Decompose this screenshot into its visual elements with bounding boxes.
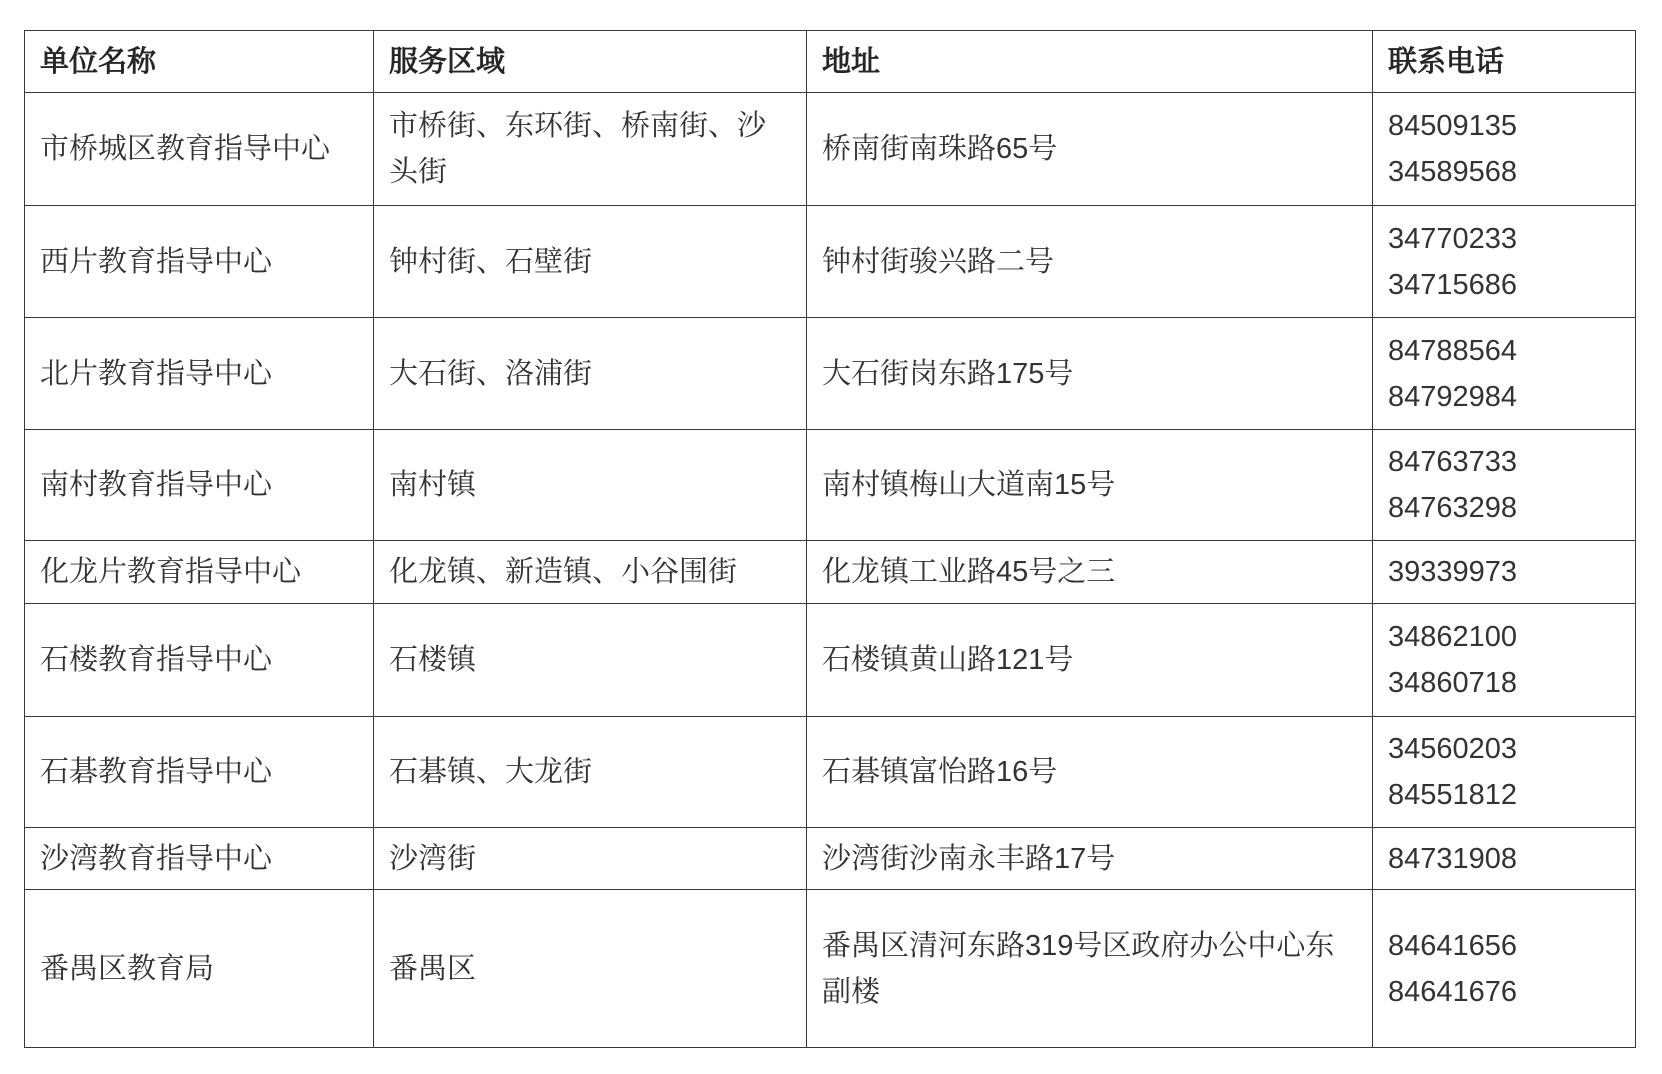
table-body: 市桥城区教育指导中心 市桥街、东环街、桥南街、沙头街 桥南街南珠路65号 845…: [25, 93, 1636, 1048]
service-area-cell: 市桥街、东环街、桥南街、沙头街: [374, 93, 807, 206]
page-body: 单位名称 服务区域 地址 联系电话 市桥城区教育指导中心 市桥街、东环街、桥南街…: [0, 0, 1662, 1074]
address-cell: 大石街岗东路175号: [807, 318, 1373, 430]
service-area-cell: 沙湾街: [374, 828, 807, 890]
table-row: 石楼教育指导中心 石楼镇 石楼镇黄山路121号 34862100 3486071…: [25, 604, 1636, 717]
address-cell: 南村镇梅山大道南15号: [807, 430, 1373, 541]
service-area-cell: 石楼镇: [374, 604, 807, 717]
unit-name-cell: 北片教育指导中心: [25, 318, 374, 430]
service-area-cell: 化龙镇、新造镇、小谷围街: [374, 541, 807, 604]
unit-name-cell: 化龙片教育指导中心: [25, 541, 374, 604]
header-row: 单位名称 服务区域 地址 联系电话: [25, 31, 1636, 93]
table-row: 南村教育指导中心 南村镇 南村镇梅山大道南15号 84763733 847632…: [25, 430, 1636, 541]
table-row: 北片教育指导中心 大石街、洛浦街 大石街岗东路175号 84788564 847…: [25, 318, 1636, 430]
unit-name-cell: 石碁教育指导中心: [25, 717, 374, 828]
unit-name-cell: 沙湾教育指导中心: [25, 828, 374, 890]
column-header-phone: 联系电话: [1373, 31, 1636, 93]
address-cell: 化龙镇工业路45号之三: [807, 541, 1373, 604]
address-cell: 番禺区清河东路319号区政府办公中心东副楼: [807, 890, 1373, 1048]
address-cell: 石楼镇黄山路121号: [807, 604, 1373, 717]
address-cell: 钟村街骏兴路二号: [807, 206, 1373, 318]
service-area-cell: 石碁镇、大龙街: [374, 717, 807, 828]
table-row: 番禺区教育局 番禺区 番禺区清河东路319号区政府办公中心东副楼 8464165…: [25, 890, 1636, 1048]
table-row: 沙湾教育指导中心 沙湾街 沙湾街沙南永丰路17号 84731908: [25, 828, 1636, 890]
table-header: 单位名称 服务区域 地址 联系电话: [25, 31, 1636, 93]
service-area-cell: 南村镇: [374, 430, 807, 541]
phone-cell: 34560203 84551812: [1373, 717, 1636, 828]
service-area-cell: 钟村街、石壁街: [374, 206, 807, 318]
phone-cell: 84509135 34589568: [1373, 93, 1636, 206]
column-header-address: 地址: [807, 31, 1373, 93]
column-header-unit-name: 单位名称: [25, 31, 374, 93]
phone-cell: 84731908: [1373, 828, 1636, 890]
address-cell: 桥南街南珠路65号: [807, 93, 1373, 206]
address-cell: 石碁镇富怡路16号: [807, 717, 1373, 828]
unit-name-cell: 南村教育指导中心: [25, 430, 374, 541]
service-area-cell: 大石街、洛浦街: [374, 318, 807, 430]
service-area-cell: 番禺区: [374, 890, 807, 1048]
table-row: 化龙片教育指导中心 化龙镇、新造镇、小谷围街 化龙镇工业路45号之三 39339…: [25, 541, 1636, 604]
unit-name-cell: 市桥城区教育指导中心: [25, 93, 374, 206]
address-cell: 沙湾街沙南永丰路17号: [807, 828, 1373, 890]
phone-cell: 39339973: [1373, 541, 1636, 604]
table-row: 西片教育指导中心 钟村街、石壁街 钟村街骏兴路二号 34770233 34715…: [25, 206, 1636, 318]
unit-name-cell: 石楼教育指导中心: [25, 604, 374, 717]
column-header-service-area: 服务区域: [374, 31, 807, 93]
phone-cell: 84641656 84641676: [1373, 890, 1636, 1048]
table-row: 市桥城区教育指导中心 市桥街、东环街、桥南街、沙头街 桥南街南珠路65号 845…: [25, 93, 1636, 206]
unit-name-cell: 西片教育指导中心: [25, 206, 374, 318]
phone-cell: 84763733 84763298: [1373, 430, 1636, 541]
phone-cell: 34770233 34715686: [1373, 206, 1636, 318]
education-centers-contact-table: 单位名称 服务区域 地址 联系电话 市桥城区教育指导中心 市桥街、东环街、桥南街…: [24, 30, 1636, 1048]
unit-name-cell: 番禺区教育局: [25, 890, 374, 1048]
phone-cell: 34862100 34860718: [1373, 604, 1636, 717]
table-row: 石碁教育指导中心 石碁镇、大龙街 石碁镇富怡路16号 34560203 8455…: [25, 717, 1636, 828]
phone-cell: 84788564 84792984: [1373, 318, 1636, 430]
